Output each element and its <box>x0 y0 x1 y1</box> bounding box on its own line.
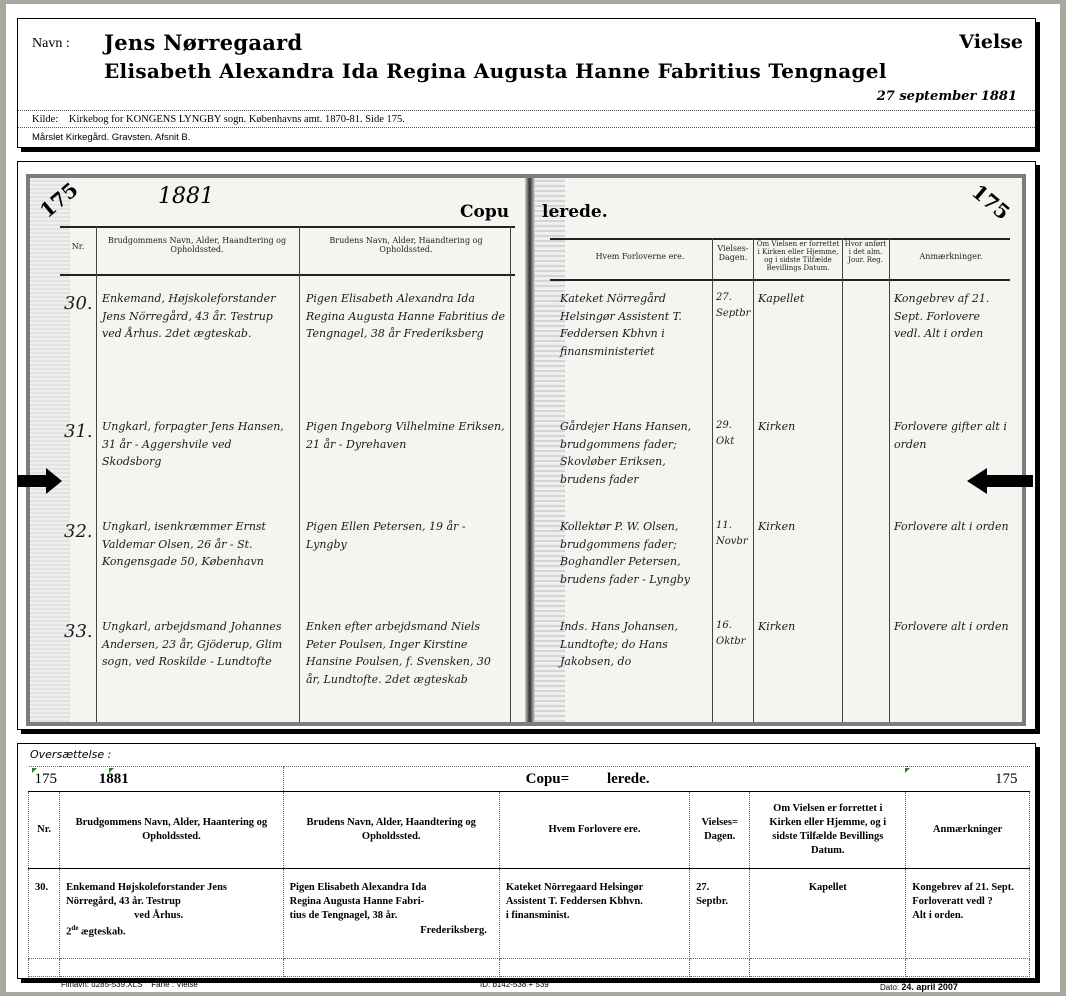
scan-cell-date: 29. Okt <box>716 418 752 450</box>
translation-panel: Oversættelse : 175 1881 Copu= lerede. 17… <box>17 743 1036 979</box>
scan-cell-nr: 33. <box>64 618 94 647</box>
arrow-left-icon <box>967 468 1033 494</box>
col-header-date: Vielses= Dagen. <box>690 792 750 869</box>
scan-col-header: Vielses-Dagen. <box>714 244 752 262</box>
col-header-bride: Brudens Navn, Alder, Haandtering og Opho… <box>283 792 499 869</box>
scan-cell-witnesses: Inds. Hans Johansen, Lundtofte; do Hans … <box>560 618 710 671</box>
witness-line: Assistent T. Feddersen Kbhvn. <box>506 895 683 909</box>
translation-page-right: 175 <box>995 771 1018 787</box>
event-type: Vielse <box>959 31 1023 53</box>
scan-cell-groom: Ungkarl, forpagter Jens Hansen, 31 år - … <box>102 418 294 471</box>
scan-cell-nr: 31. <box>64 418 94 447</box>
bride-line: Pigen Elisabeth Alexandra Ida <box>290 881 493 895</box>
translation-table: 175 1881 Copu= lerede. 175 Nr. Brudgomme… <box>28 766 1030 977</box>
scan-cell-bride: Pigen Ingeborg Vilhelmine Eriksen, 21 år… <box>306 418 506 453</box>
church-book-scan-image: 175 1881 Copu lerede. 175 Nr. Brudgommen… <box>26 174 1026 726</box>
name-label: Navn : <box>32 36 70 52</box>
scan-cell-place: Kirken <box>758 418 840 436</box>
scan-col-header: Hvem Forloverne ere. <box>570 252 710 261</box>
scan-title-right: lerede. <box>542 202 608 222</box>
scan-cell-witnesses: Kateket Nörregård Helsingør Assistent T.… <box>560 290 710 360</box>
scan-cell-groom: Ungkarl, arbejdsmand Johannes Andersen, … <box>102 618 294 671</box>
column-line <box>889 238 890 722</box>
column-line <box>299 226 300 722</box>
scan-cell-place: Kirken <box>758 618 840 636</box>
empty-row <box>29 959 1030 977</box>
bride-name: Elisabeth Alexandra Ida Regina Augusta H… <box>104 59 887 83</box>
translation-year: 1881 <box>99 771 129 787</box>
scan-cell-date: 27. Septbr <box>716 290 752 322</box>
source-label: Kilde: <box>32 114 58 125</box>
arrow-right-icon <box>18 468 62 494</box>
scan-cell-witnesses: Gårdejer Hans Hansen, brudgommens fader;… <box>560 418 710 488</box>
rule <box>60 226 515 228</box>
scan-cell-date: 16. Oktbr <box>716 618 752 650</box>
scan-cell-notes: Forlovere alt i orden <box>894 518 1010 536</box>
scan-cell-bride: Pigen Ellen Petersen, 19 år - Lyngby <box>306 518 506 553</box>
filename-label: Filnavn: <box>61 980 89 989</box>
notes-line: Alt i orden. <box>912 909 1023 923</box>
col-header-place: Om Vielsen er forrettet i Kirken eller H… <box>750 792 906 869</box>
scan-cell-notes: Forlovere gifter alt i orden <box>894 418 1010 453</box>
col-header-notes: Anmærkninger <box>906 792 1030 869</box>
scan-cell-notes: Forlovere alt i orden <box>894 618 1010 636</box>
scan-cell-groom: Ungkarl, isenkræmmer Ernst Valdemar Olse… <box>102 518 294 571</box>
export-date: 24. april 2007 <box>901 982 958 992</box>
col-header-groom: Brudgommens Navn, Alder, Haantering og O… <box>60 792 283 869</box>
scan-col-header: Brudens Navn, Alder, Haandtering og Opho… <box>306 236 506 254</box>
scan-cell-place: Kapellet <box>758 290 840 308</box>
record-header: Navn : Jens Nørregaard Elisabeth Alexand… <box>17 18 1036 148</box>
source-text: Kirkebog for KONGENS LYNGBY sogn. Københ… <box>69 114 405 125</box>
source-line: Kilde: Kirkebog for KONGENS LYNGBY sogn.… <box>18 110 1035 128</box>
translation-label: Oversættelse : <box>30 748 111 761</box>
groom-line: 2de ægteskab. <box>66 924 276 940</box>
column-line <box>510 226 511 722</box>
scan-col-header: Brudgommens Navn, Alder, Haandtering og … <box>102 236 292 254</box>
bride-line: Frederiksberg. <box>290 924 493 938</box>
sheet-label: Fane : <box>151 980 174 989</box>
notes-line: Kongebrev af 21. Sept. <box>912 881 1023 895</box>
column-line <box>753 238 754 722</box>
witness-line: i finansminist. <box>506 909 683 923</box>
cell-date: 27. Septbr. <box>690 869 750 959</box>
scan-col-header: Nr. <box>60 242 96 251</box>
notes-line: Forloveratt vedl ? <box>912 895 1023 909</box>
sheet-name: Vielse <box>176 980 198 989</box>
scan-page-number-right: 175 <box>967 179 1014 224</box>
scan-cell-groom: Enkemand, Højskoleforstander Jens Nörreg… <box>102 290 294 343</box>
translation-title-left: Copu= <box>526 771 570 787</box>
scan-cell-nr: 30. <box>64 290 94 319</box>
footer-filename: Filnavn: u285-539.XLS Fane : Vielse <box>61 980 198 989</box>
cell-witnesses: Kateket Nörregaard Helsingør Assistent T… <box>499 869 689 959</box>
scan-cell-place: Kirken <box>758 518 840 536</box>
record-id: b142-538 + 539 <box>492 980 548 989</box>
witness-line: Kateket Nörregaard Helsingør <box>506 881 683 895</box>
scan-col-header: Hvor anført i det alm. Jour. Reg. <box>843 240 888 264</box>
translation-title-row: 175 1881 Copu= lerede. 175 <box>29 767 1030 792</box>
grave-info: Mårslet Kirkegård. Gravsten. Afsnit B. <box>32 132 190 143</box>
cell-bride: Pigen Elisabeth Alexandra Ida Regina Aug… <box>283 869 499 959</box>
event-date: 27 september 1881 <box>877 89 1017 104</box>
col-header-witnesses: Hvem Forlovere ere. <box>499 792 689 869</box>
column-line <box>96 226 97 722</box>
scan-cell-nr: 32. <box>64 518 94 547</box>
bride-line: Regina Augusta Hanne Fabri- <box>290 895 493 909</box>
scan-cell-bride: Pigen Elisabeth Alexandra Ida Regina Aug… <box>306 290 506 343</box>
column-line <box>842 238 843 722</box>
column-line <box>712 238 713 722</box>
scan-col-header: Anmærkninger. <box>892 252 1010 261</box>
cell-groom: Enkemand Højskoleforstander Jens Nörregå… <box>60 869 283 959</box>
translation-header-row: Nr. Brudgommens Navn, Alder, Haantering … <box>29 792 1030 869</box>
id-label: ID: <box>480 980 490 989</box>
scan-cell-notes: Kongebrev af 21. Sept. Forlovere vedl. A… <box>894 290 1010 343</box>
groom-line: ved Århus. <box>66 909 276 923</box>
rule <box>60 274 515 276</box>
groom-name: Jens Nørregaard <box>104 30 303 55</box>
footer-id: ID: b142-538 + 539 <box>480 980 549 989</box>
church-book-scan-panel: 175 1881 Copu lerede. 175 Nr. Brudgommen… <box>17 161 1036 730</box>
translation-page-left: 175 <box>35 771 58 787</box>
filename: u285-539.XLS <box>91 980 142 989</box>
scan-year: 1881 <box>158 184 214 209</box>
date-label: Dato: <box>880 983 899 992</box>
footer-date: Dato: 24. april 2007 <box>880 982 958 992</box>
bride-line: tius de Tengnagel, 38 år. <box>290 909 493 923</box>
col-header-nr: Nr. <box>29 792 60 869</box>
scan-title-left: Copu <box>460 202 509 222</box>
table-row: 30. Enkemand Højskoleforstander Jens Nör… <box>29 869 1030 959</box>
book-spine <box>525 178 535 722</box>
rule <box>550 279 1010 281</box>
page: Navn : Jens Nørregaard Elisabeth Alexand… <box>6 4 1060 992</box>
cell-nr: 30. <box>29 869 60 959</box>
groom-line: Enkemand Højskoleforstander Jens <box>66 881 276 895</box>
marriage-text: ægteskab. <box>78 926 125 937</box>
cell-place: Kapellet <box>750 869 906 959</box>
cell-notes: Kongebrev af 21. Sept. Forloveratt vedl … <box>906 869 1030 959</box>
scan-cell-witnesses: Kollektør P. W. Olsen, brudgommens fader… <box>560 518 710 588</box>
scan-cell-date: 11. Novbr <box>716 518 752 550</box>
scan-cell-bride: Enken efter arbejdsmand Niels Peter Poul… <box>306 618 506 688</box>
scan-col-header: Om Vielsen er forrettet i Kirken eller H… <box>755 240 841 272</box>
groom-line: Nörregård, 43 år. Testrup <box>66 895 276 909</box>
translation-title-right: lerede. <box>607 771 650 787</box>
